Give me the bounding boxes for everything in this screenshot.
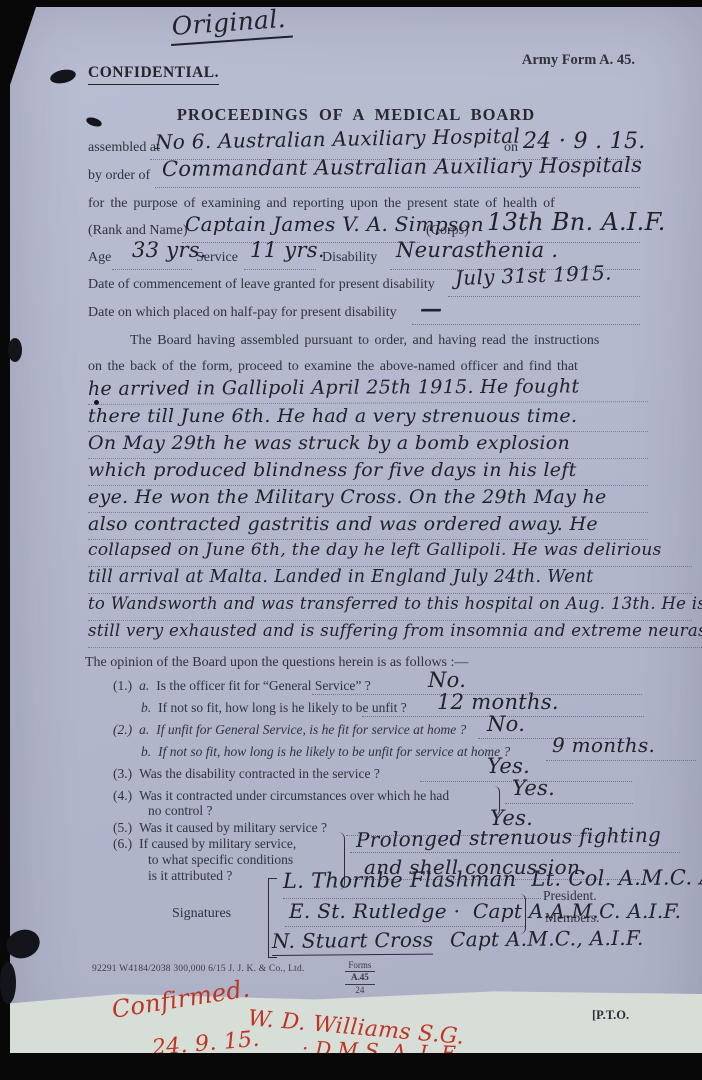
findings-line: he arrived in Gallipoli April 25th 1915.… — [88, 375, 648, 405]
question-sub-letter: b. — [141, 744, 151, 759]
leave-date-label: Date of commencement of leave granted fo… — [88, 277, 435, 293]
field-rule — [412, 324, 640, 325]
question-number: (5.) — [113, 820, 132, 835]
damage-spot — [8, 338, 22, 362]
findings-line: On May 29th he was struck by a bomb expl… — [88, 432, 648, 459]
damage-spot — [0, 962, 16, 1004]
field-rule — [448, 296, 640, 297]
question-text: Was it caused by military service ? — [139, 820, 327, 835]
purpose-line: for the purpose of examining and reporti… — [88, 196, 555, 212]
signature-name: L. Thornbe Flashman — [283, 867, 517, 893]
signatures-label: Signatures — [172, 906, 231, 922]
question-4-line2: no control ? — [148, 803, 212, 819]
question-text: Is the officer fit for “General Service”… — [156, 678, 371, 693]
answer-3: Yes. — [487, 754, 530, 778]
findings-line: also contracted gastritis and was ordere… — [88, 513, 648, 540]
findings-line: till arrival at Malta. Landed in England… — [88, 567, 692, 594]
question-text: If unfit for General Service, is he fit … — [156, 722, 466, 737]
question-text: If not so fit, how long is he likely to … — [158, 744, 510, 759]
signature-rank: Lt. Col. A.M.C. A.I.F. — [531, 865, 702, 891]
answer-rule — [546, 760, 696, 761]
question-text: If caused by military service, — [139, 836, 296, 851]
question-6: (6.)If caused by military service, — [113, 836, 303, 852]
disability-value: Neurasthenia . — [396, 238, 558, 262]
question-4: (4.)Was it contracted under circumstance… — [113, 788, 456, 804]
army-form-number: Army Form A. 45. — [505, 52, 635, 69]
confidential-heading: CONFIDENTIAL. — [88, 64, 219, 85]
half-pay-value: — — [420, 296, 442, 322]
age-label: Age — [88, 250, 111, 266]
question-number: (3.) — [113, 766, 132, 781]
question-5: (5.)Was it caused by military service ? — [113, 820, 334, 836]
answer-rule — [350, 852, 680, 853]
form-reference: Forms A.45 24 — [345, 960, 375, 996]
question-text: Was the disability contracted in the ser… — [139, 766, 380, 781]
pto-label: [P.T.O. — [592, 1008, 629, 1023]
half-pay-label: Date on which placed on half-pay for pre… — [88, 305, 397, 321]
signature-member-1: E. St. Rutledge · Capt A.A.M.C. A.I.F. — [289, 899, 681, 923]
question-1b: b.If not so fit, how long is he likely t… — [141, 700, 414, 716]
findings-line: collapsed on June 6th, the day he left G… — [88, 540, 692, 567]
board-date-value: 24 · 9 . 15. — [523, 129, 646, 154]
by-order-label: by order of — [88, 168, 150, 184]
answer-2b: 9 months. — [552, 733, 655, 757]
findings-line: eye. He won the Military Cross. On the 2… — [88, 486, 648, 513]
age-value: 33 yrs. — [132, 238, 207, 262]
scanned-medical-board-form: { "colors": { "paper": "#b3b7cc", "paper… — [0, 0, 702, 1080]
answer-1b: 12 months. — [437, 690, 559, 714]
field-rule — [112, 269, 192, 270]
signature-name: E. St. Rutledge · — [289, 899, 460, 923]
question-3: (3.)Was the disability contracted in the… — [113, 766, 387, 782]
signature-rank: Capt A.A.M.C. A.I.F. — [473, 899, 681, 923]
question-number: (4.) — [113, 788, 132, 803]
question-2b: b.If not so fit, how long is he likely t… — [141, 744, 517, 760]
by-order-value: Commandant Australian Auxiliary Hospital… — [162, 153, 642, 181]
question-1a: (1.)a.Is the officer fit for “General Se… — [113, 678, 378, 694]
question-number: (2.) — [113, 722, 132, 737]
question-number: (1.) — [113, 678, 132, 693]
field-rule — [155, 187, 640, 188]
findings-line: to Wandsworth and was transferred to thi… — [88, 594, 692, 621]
question-sub-letter: b. — [141, 700, 151, 715]
corps-value: 13th Bn. A.I.F. — [487, 208, 666, 236]
service-value: 11 yrs. — [250, 238, 325, 262]
disability-label: Disability — [322, 250, 377, 266]
signature-name: N. Stuart Cross — [272, 928, 434, 956]
rank-name-value: Captain James V. A. Simpson — [185, 212, 484, 236]
question-number: (6.) — [113, 836, 132, 851]
question-6-line3: is it attributed ? — [148, 868, 232, 884]
printer-imprint: 92291 W4184/2038 300,000 6/15 J. J. K. &… — [92, 964, 305, 974]
question-2a: (2.)a.If unfit for General Service, is h… — [113, 722, 473, 738]
form-code: A.45 — [345, 972, 375, 984]
rank-name-label: (Rank and Name) — [88, 223, 188, 239]
page-title: PROCEEDINGS OF A MEDICAL BOARD — [96, 105, 616, 125]
question-6-line2: to what specific conditions — [148, 852, 293, 868]
signature-president: L. Thornbe Flashman Lt. Col. A.M.C. A.I.… — [283, 865, 702, 893]
answer-1a: No. — [428, 668, 466, 692]
answer-4: Yes. — [512, 776, 555, 800]
findings-line: which produced blindness for five days i… — [88, 459, 648, 486]
question-text: If not so fit, how long is he likely to … — [158, 700, 407, 715]
answer-rule — [505, 803, 633, 804]
question-sub-letter: a. — [139, 722, 149, 737]
findings-line: there till June 6th. He had a very stren… — [88, 405, 648, 432]
board-paragraph-line2: on the back of the form, proceed to exam… — [88, 359, 578, 375]
opinion-intro: The opinion of the Board upon the questi… — [85, 655, 468, 671]
answer-2a: No. — [487, 712, 525, 736]
question-text: Was it contracted under circumstances ov… — [139, 788, 449, 803]
form-code-denominator: 24 — [345, 985, 375, 996]
findings-line: still very exhausted and is suffering fr… — [88, 621, 702, 648]
forms-word: Forms — [345, 960, 375, 972]
assembled-at-label: assembled at — [88, 140, 160, 156]
scan-bottom-band — [0, 1053, 702, 1080]
signature-rank: Capt A.M.C., A.I.F. — [450, 926, 644, 952]
question-sub-letter: a. — [139, 678, 149, 693]
signature-member-2: N. Stuart Cross Capt A.M.C., A.I.F. — [272, 926, 644, 953]
board-paragraph-line1: The Board having assembled pursuant to o… — [130, 333, 599, 349]
field-rule — [244, 269, 316, 270]
